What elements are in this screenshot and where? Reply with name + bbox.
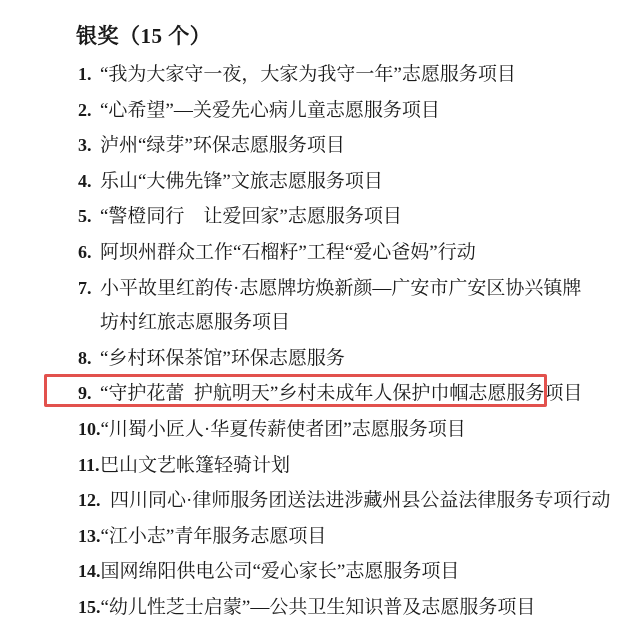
item-text: 巴山文艺帐篷轻骑计划 [100,449,290,484]
item-number: 3. [78,128,100,163]
award-list: 1.“我为大家守一夜，大家为我守一年”志愿服务项目2.“心希望”—关爱先心病儿童… [78,57,623,626]
item-number: 11. [78,448,100,483]
list-item: 8.“乡村环保茶馆”环保志愿服务 [78,341,623,377]
item-text: “心希望”—关爱先心病儿童志愿服务项目 [100,94,440,129]
list-item: 10.“川蜀小匠人·华夏传薪使者团”志愿服务项目 [78,412,623,448]
list-item: 11.巴山文艺帐篷轻骑计划 [78,448,623,484]
list-item: 7.小平故里红韵传·志愿牌坊焕新颜—广安市广安区协兴镇牌 坊村红旅志愿服务项目 [78,271,623,341]
list-item: 12. 四川同心·律师服务团送法进涉藏州县公益法律服务专项行动 [78,483,623,519]
item-text: 乐山“大佛先锋”文旅志愿服务项目 [100,165,383,200]
item-text: “川蜀小匠人·华夏传薪使者团”志愿服务项目 [101,413,466,448]
item-text: “幼儿性芝士启蒙”—公共卫生知识普及志愿服务项目 [101,591,536,626]
item-number: 8. [78,341,100,376]
item-text: “我为大家守一夜，大家为我守一年”志愿服务项目 [100,58,516,93]
list-item: 2.“心希望”—关爱先心病儿童志愿服务项目 [78,93,623,129]
item-number: 1. [78,57,100,92]
list-item: 9.“守护花蕾 护航明天”乡村未成年人保护巾帼志愿服务项目 [78,376,623,412]
item-text: 小平故里红韵传·志愿牌坊焕新颜—广安市广安区协兴镇牌 坊村红旅志愿服务项目 [100,272,581,341]
item-number: 4. [78,164,100,199]
item-number: 2. [78,93,100,128]
list-item: 15.“幼儿性芝士启蒙”—公共卫生知识普及志愿服务项目 [78,590,623,626]
list-item: 5.“警橙同行 让爱回家”志愿服务项目 [78,199,623,235]
item-text: 阿坝州群众工作“石榴籽”工程“爱心爸妈”行动 [100,236,476,271]
item-number: 6. [78,235,100,270]
item-text: “警橙同行 让爱回家”志愿服务项目 [100,200,402,235]
item-number: 10. [78,412,101,447]
item-number: 15. [78,590,101,625]
item-number: 12. [78,483,101,518]
list-item: 14.国网绵阳供电公司“爱心家长”志愿服务项目 [78,554,623,590]
item-text: “江小志”青年服务志愿项目 [101,520,327,555]
list-item: 4.乐山“大佛先锋”文旅志愿服务项目 [78,164,623,200]
item-number: 7. [78,271,100,306]
item-number: 5. [78,199,100,234]
list-item: 6.阿坝州群众工作“石榴籽”工程“爱心爸妈”行动 [78,235,623,271]
page-title: 银奖（15 个） [76,20,211,50]
item-number: 14. [78,554,101,589]
item-text: “乡村环保茶馆”环保志愿服务 [100,342,345,377]
item-text: 泸州“绿芽”环保志愿服务项目 [100,129,345,164]
item-text: “守护花蕾 护航明天”乡村未成年人保护巾帼志愿服务项目 [100,377,582,412]
item-number: 9. [78,376,100,411]
list-item: 13.“江小志”青年服务志愿项目 [78,519,623,555]
document-page: 银奖（15 个） 1.“我为大家守一夜，大家为我守一年”志愿服务项目2.“心希望… [0,0,640,630]
item-number: 13. [78,519,101,554]
list-item: 3.泸州“绿芽”环保志愿服务项目 [78,128,623,164]
list-item: 1.“我为大家守一夜，大家为我守一年”志愿服务项目 [78,57,623,93]
item-text: 四川同心·律师服务团送法进涉藏州县公益法律服务专项行动 [101,484,611,519]
item-text: 国网绵阳供电公司“爱心家长”志愿服务项目 [101,555,460,590]
